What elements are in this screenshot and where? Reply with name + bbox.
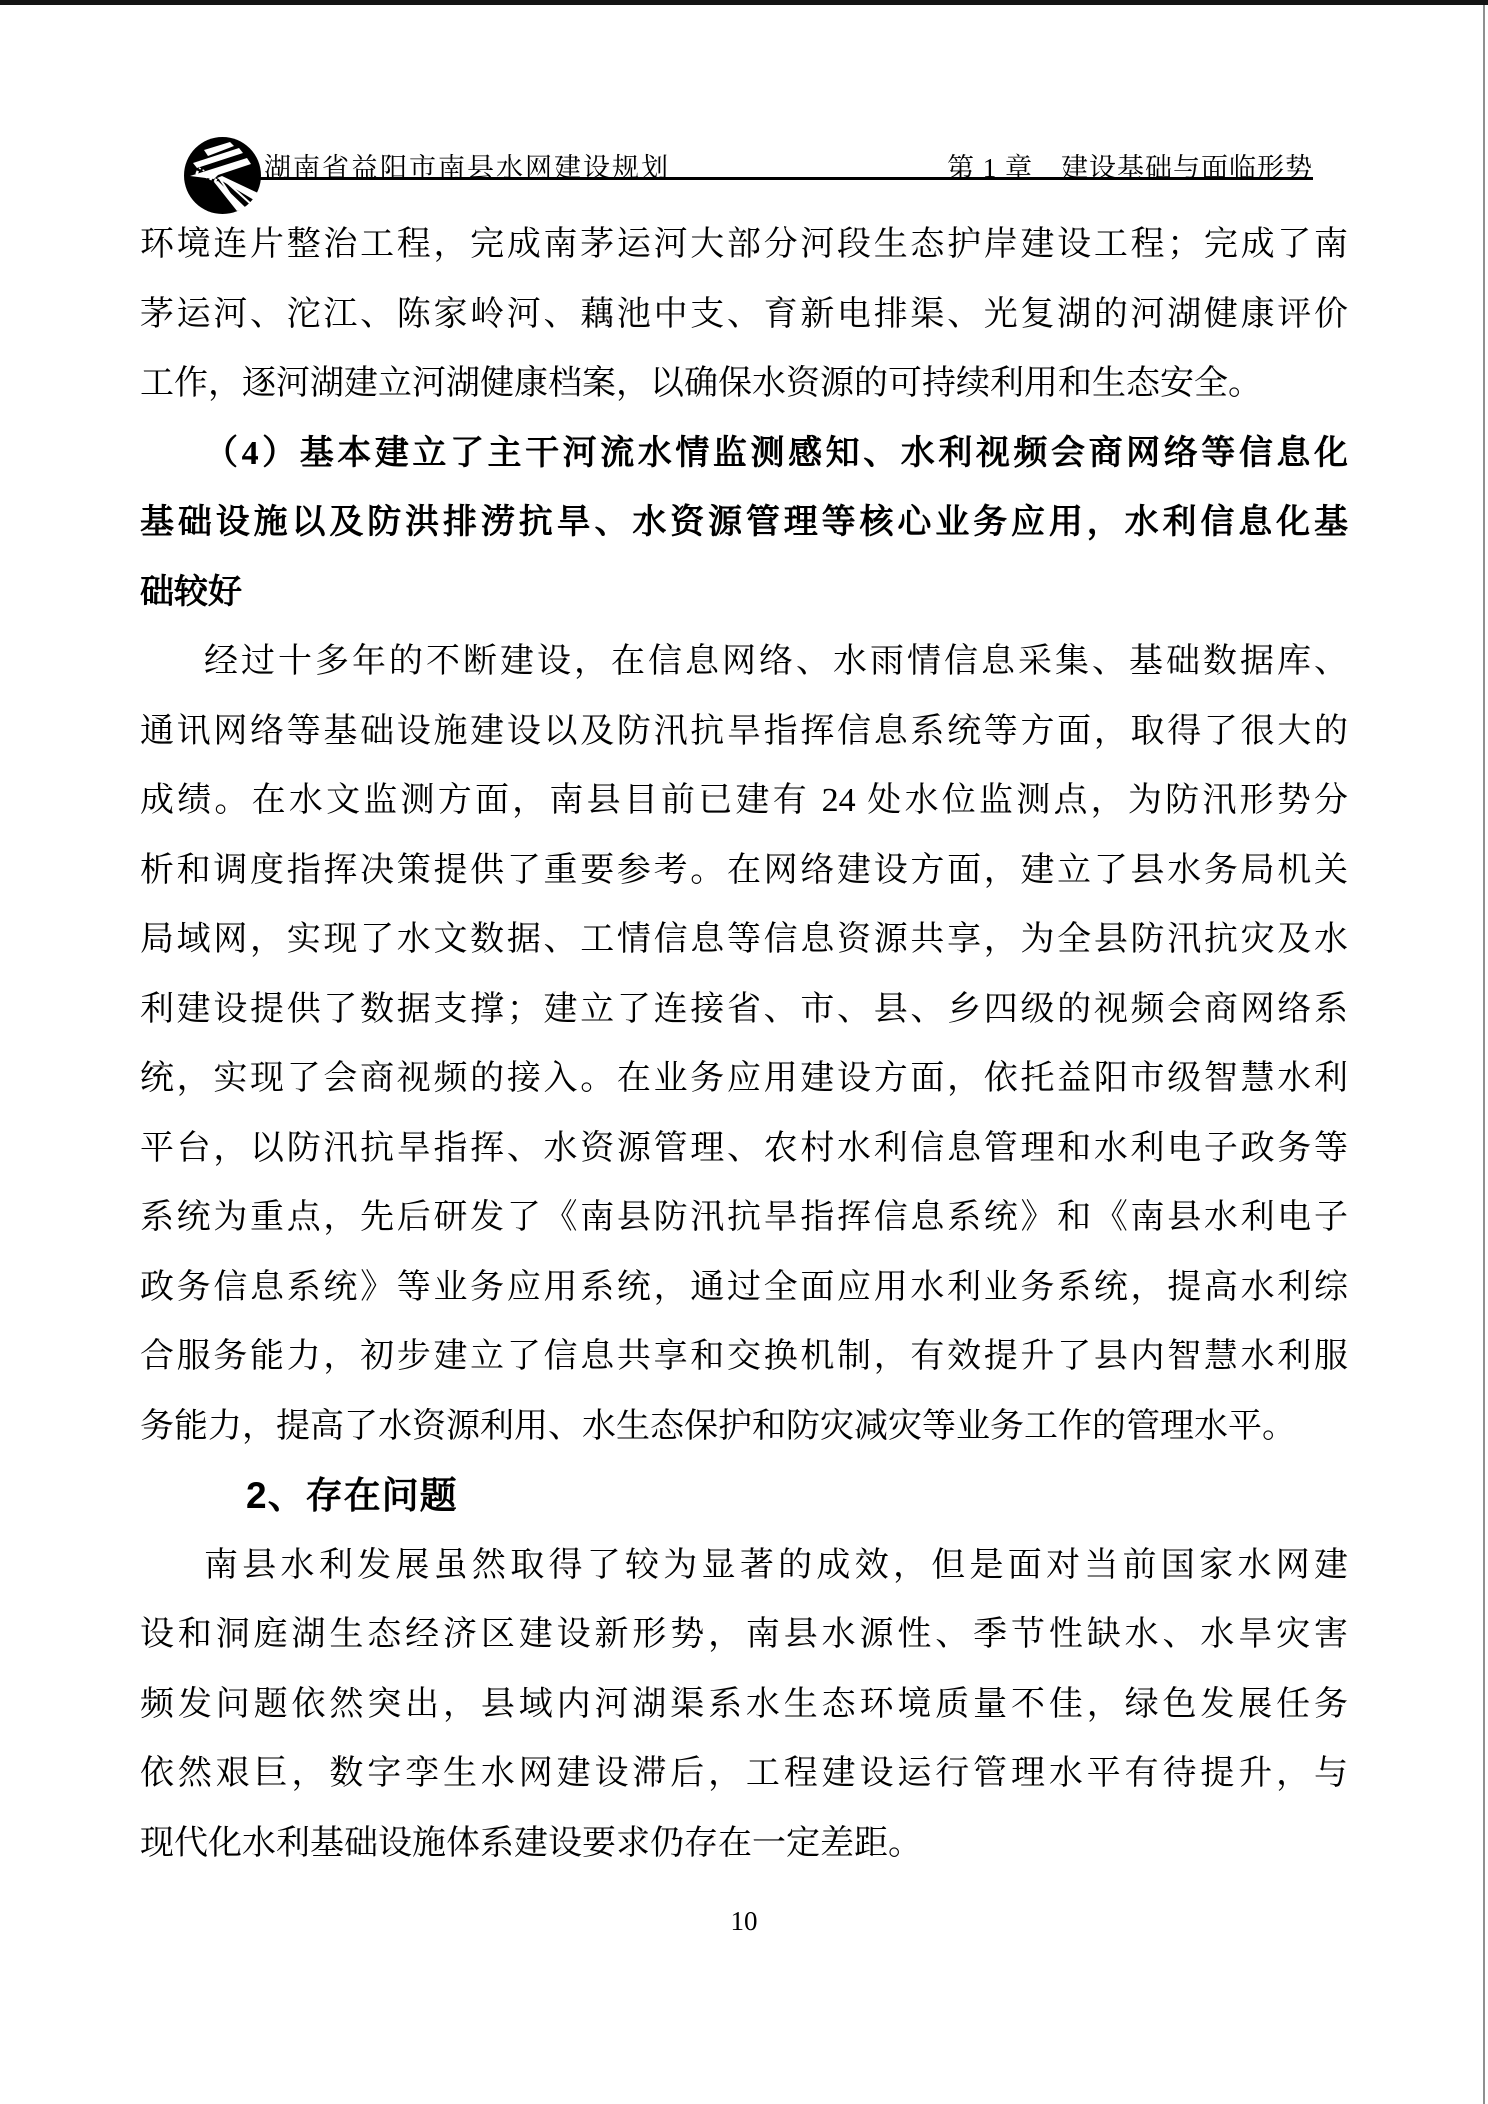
bold-heading-line: （4）基本建立了主干河流水情监测感知、水利视频会商网络等信息化 (140, 419, 1348, 489)
body-text-line: 依然艰巨，数字孪生水网建设滞后，工程建设运行管理水平有待提升，与 (140, 1739, 1348, 1809)
body-text-line: 通讯网络等基础设施建设以及防汛抗旱指挥信息系统等方面，取得了很大的 (140, 697, 1348, 767)
header-document-title: 湖南省益阳市南县水网建设规划 (264, 146, 670, 185)
bold-heading-line: 基础设施以及防洪排涝抗旱、水资源管理等核心业务应用，水利信息化基 (140, 488, 1348, 558)
body-text-line: 平台，以防汛抗旱指挥、水资源管理、农村水利信息管理和水利电子政务等 (140, 1114, 1348, 1184)
body-text-line: 利建设提供了数据支撑；建立了连接省、市、县、乡四级的视频会商网络系 (140, 975, 1348, 1045)
scan-right-edge (1483, 5, 1485, 2104)
page-number: 10 (0, 1906, 1488, 1937)
bridge-road-logo-icon (184, 137, 261, 214)
document-body: 环境连片整治工程，完成南茅运河大部分河段生态护岸建设工程；完成了南茅运河、沱江、… (140, 210, 1348, 1878)
section-heading: 2、存在问题 (140, 1461, 1348, 1531)
body-text-line: 局域网，实现了水文数据、工情信息等信息资源共享，为全县防汛抗灾及水 (140, 905, 1348, 975)
body-text-line: 工作，逐河湖建立河湖健康档案，以确保水资源的可持续利用和生态安全。 (140, 349, 1348, 419)
body-text-line: 环境连片整治工程，完成南茅运河大部分河段生态护岸建设工程；完成了南 (140, 210, 1348, 280)
body-text-line: 合服务能力，初步建立了信息共享和交换机制，有效提升了县内智慧水利服 (140, 1322, 1348, 1392)
bold-heading-line: 础较好 (140, 558, 1348, 628)
body-text-line: 统，实现了会商视频的接入。在业务应用建设方面，依托益阳市级智慧水利 (140, 1044, 1348, 1114)
body-text-line: 现代化水利基础设施体系建设要求仍存在一定差距。 (140, 1809, 1348, 1879)
body-text-line: 经过十多年的不断建设，在信息网络、水雨情信息采集、基础数据库、 (140, 627, 1348, 697)
document-page: 湖南省益阳市南县水网建设规划 第 1 章 建设基础与面临形势 环境连片整治工程，… (0, 0, 1488, 2104)
header-chapter-title: 第 1 章 建设基础与面临形势 (947, 146, 1313, 185)
body-text-line: 成绩。在水文监测方面，南县目前已建有 24 处水位监测点，为防汛形势分 (140, 766, 1348, 836)
scan-top-edge (0, 0, 1488, 5)
body-text-line: 政务信息系统》等业务应用系统，通过全面应用水利业务系统，提高水利综 (140, 1253, 1348, 1323)
body-text-line: 茅运河、沱江、陈家岭河、藕池中支、育新电排渠、光复湖的河湖健康评价 (140, 280, 1348, 350)
body-text-line: 析和调度指挥决策提供了重要参考。在网络建设方面，建立了县水务局机关 (140, 836, 1348, 906)
body-text-line: 频发问题依然突出，县域内河湖渠系水生态环境质量不佳，绿色发展任务 (140, 1670, 1348, 1740)
body-text-line: 务能力，提高了水资源利用、水生态保护和防灾减灾等业务工作的管理水平。 (140, 1392, 1348, 1462)
body-text-line: 系统为重点，先后研发了《南县防汛抗旱指挥信息系统》和《南县水利电子 (140, 1183, 1348, 1253)
body-text-line: 南县水利发展虽然取得了较为显著的成效，但是面对当前国家水网建 (140, 1531, 1348, 1601)
body-text-line: 设和洞庭湖生态经济区建设新形势，南县水源性、季节性缺水、水旱灾害 (140, 1600, 1348, 1670)
